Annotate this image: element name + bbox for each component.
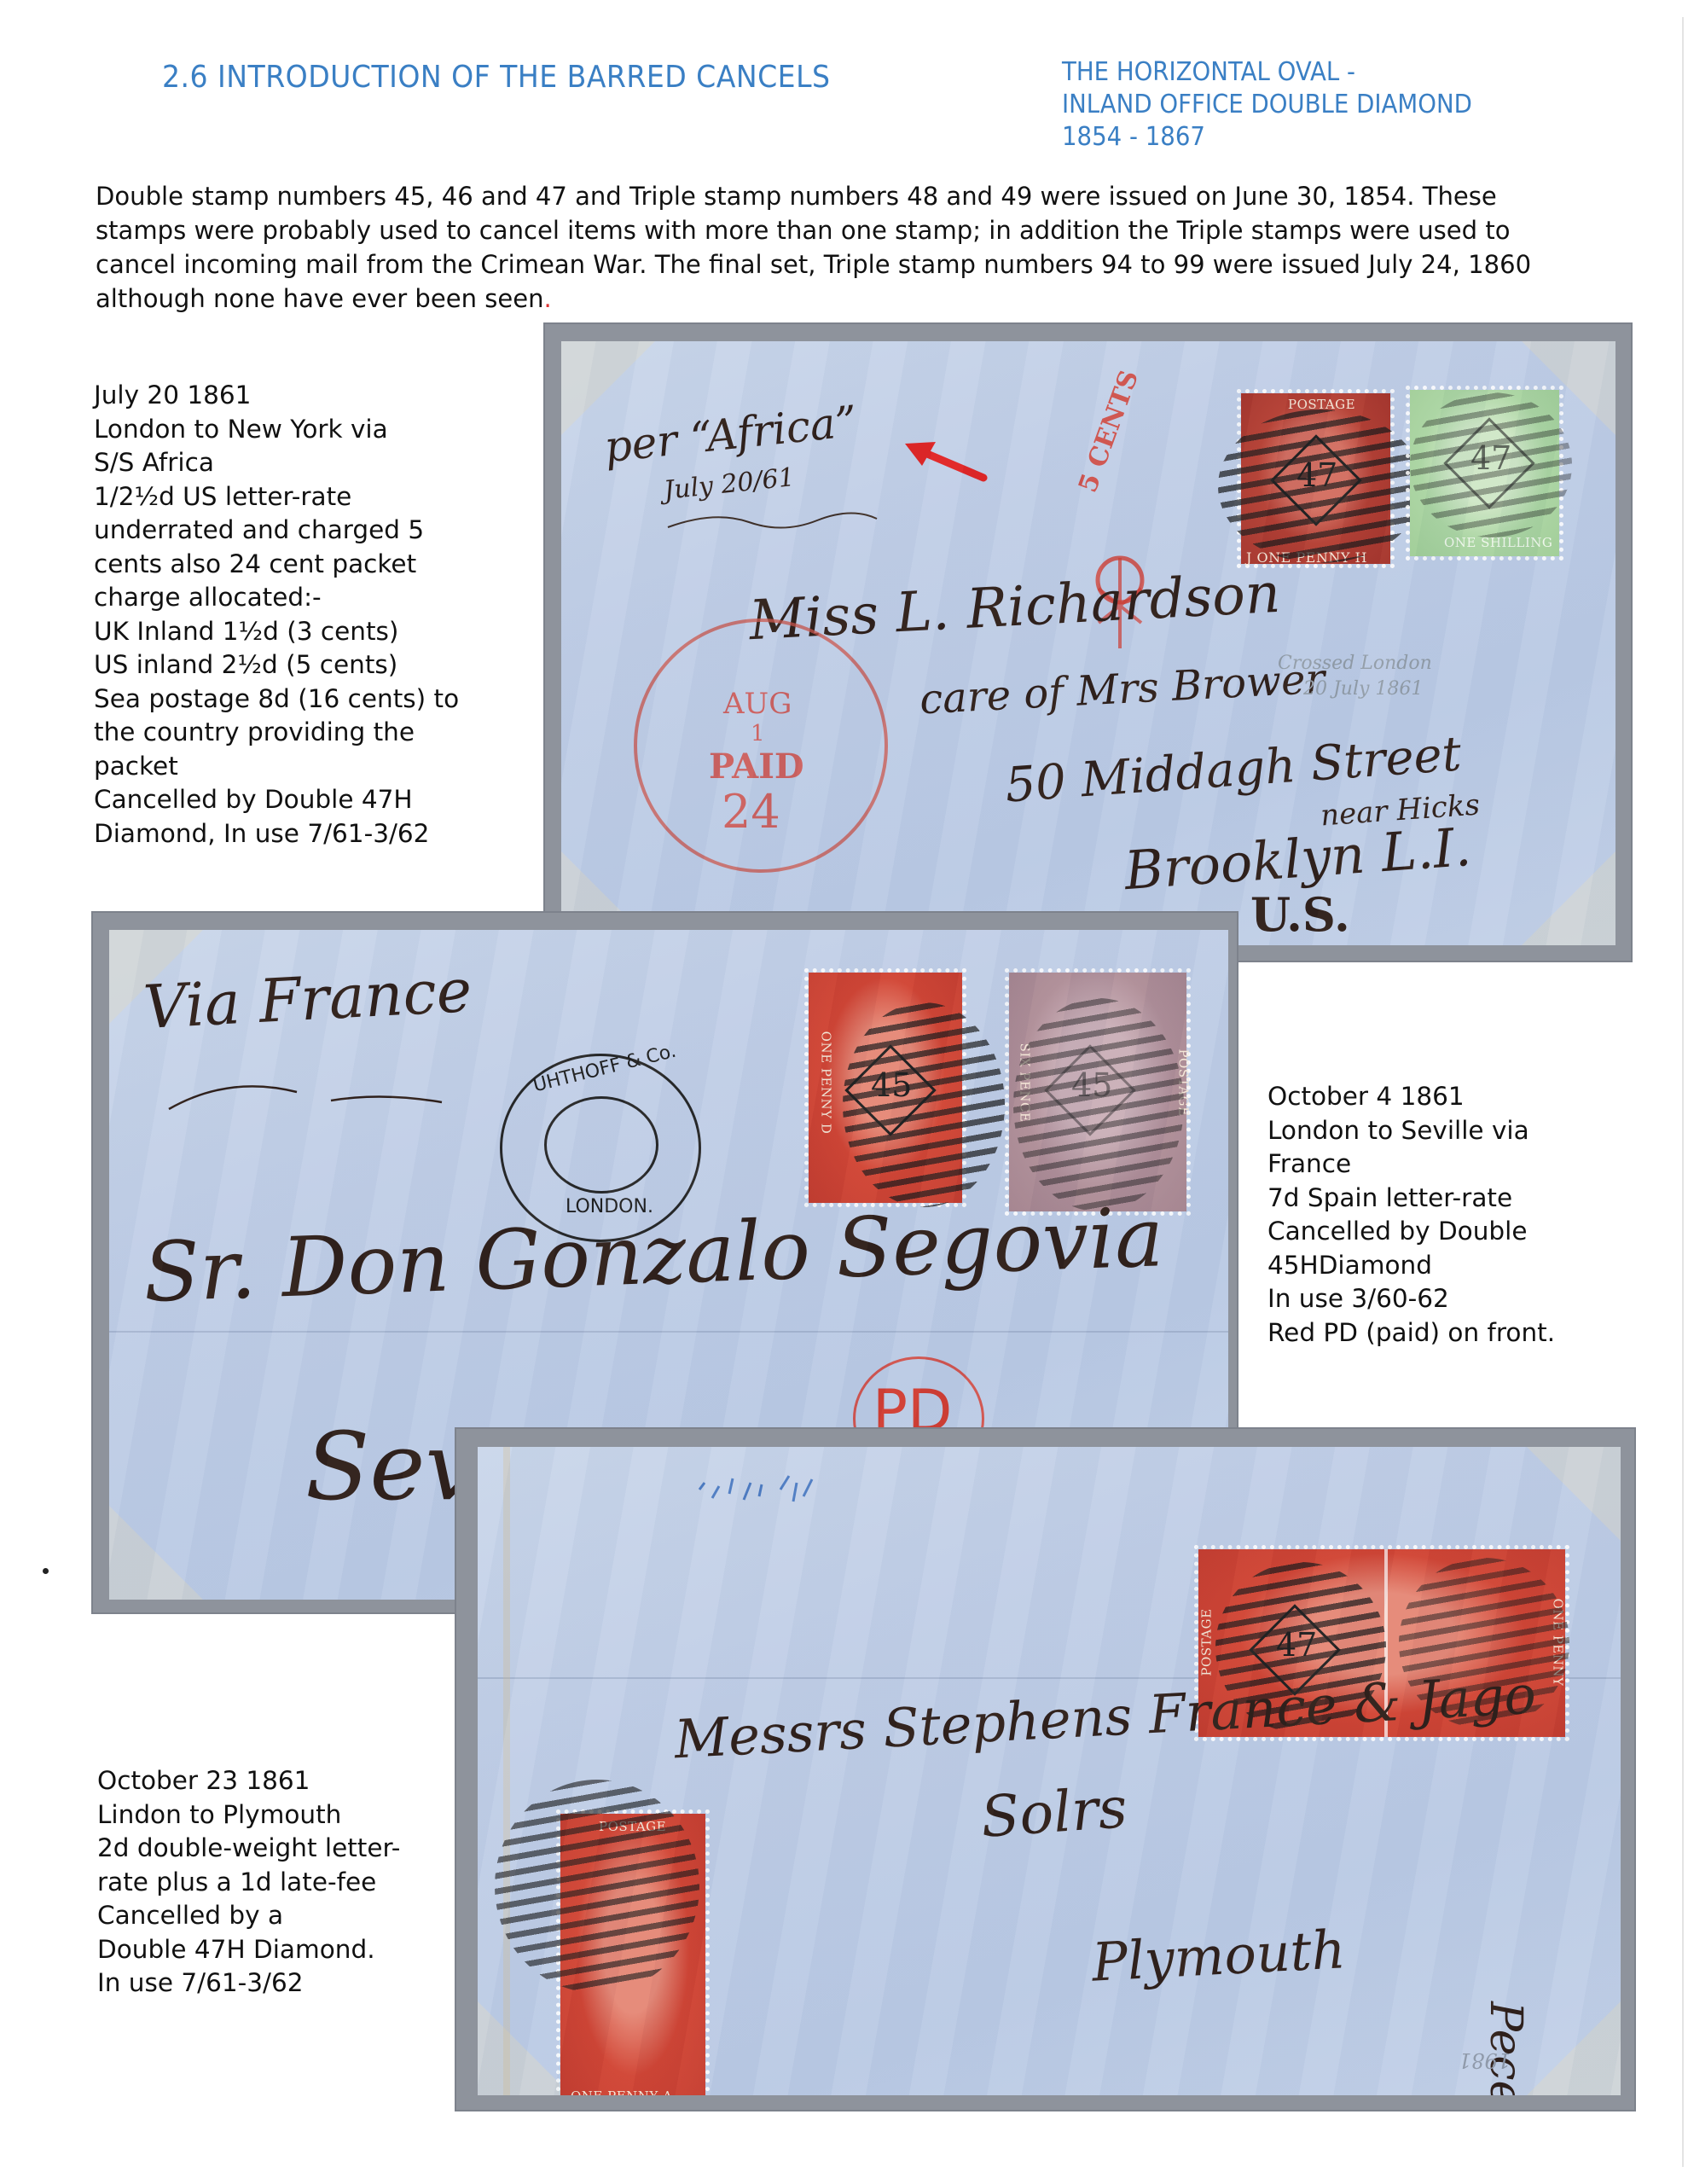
pencil-note: 20 July 1861 xyxy=(1303,678,1423,700)
page-edge xyxy=(1682,17,1684,2167)
cds-amount: 24 xyxy=(722,785,780,839)
caption-line: Sea postage 8d (16 cents) to xyxy=(94,682,459,717)
red-arrow-icon xyxy=(898,437,992,488)
caption-line: UK Inland 1½d (3 cents) xyxy=(94,615,459,649)
cancel-number: 45 xyxy=(1071,1066,1112,1104)
cover-1: per “Africa” July 20/61 5 CENTS POSTAGE … xyxy=(561,341,1615,945)
ship-annotation: per “Africa” xyxy=(602,397,860,473)
caption-line: 7d Spain letter-rate xyxy=(1267,1182,1555,1216)
photo-corner xyxy=(1527,2001,1621,2095)
caption-line: the country providing the xyxy=(94,716,459,750)
caption-line: London to Seville via xyxy=(1267,1114,1555,1148)
caption-line: July 20 1861 xyxy=(94,379,459,413)
red-cents-mark: 5 CENTS xyxy=(1073,367,1145,497)
cds-paid: PAID xyxy=(709,746,804,787)
caption-line: Diamond, In use 7/61-3/62 xyxy=(94,817,459,851)
pencil-note: Crossed London xyxy=(1278,653,1432,674)
photo-corner xyxy=(109,1506,203,1600)
section-title: 2.6 INTRODUCTION OF THE BARRED CANCELS xyxy=(162,60,830,95)
photo-corner xyxy=(1522,851,1615,945)
stamp-bottom-label: ONE PENNY A xyxy=(571,2088,672,2095)
subtitle: THE HORIZONTAL OVAL - INLAND OFFICE DOUB… xyxy=(1062,56,1472,154)
address-line: Sr. Don Gonzalo Segovia xyxy=(142,1189,1165,1321)
cover-3-caption: October 23 1861 Lindon to Plymouth 2d do… xyxy=(97,1764,400,2001)
cancel-number: 47 xyxy=(1276,1626,1317,1664)
cover-3: POSTAGE ONE PENNY 47 POSTAGE ONE PENNY A… xyxy=(478,1447,1621,2095)
caption-line: In use 7/61-3/62 xyxy=(97,1966,400,2001)
subtitle-line: 1854 - 1867 xyxy=(1062,121,1472,154)
caption-line: Red PD (paid) on front. xyxy=(1267,1316,1555,1350)
date-annotation: July 20/61 xyxy=(663,462,797,506)
caption-line: In use 3/60-62 xyxy=(1267,1282,1555,1316)
intro-end-mark: . xyxy=(544,284,552,313)
flourish xyxy=(160,1066,502,1118)
stray-mark xyxy=(43,1568,49,1574)
address-line: Solrs xyxy=(979,1774,1129,1850)
caption-line: October 23 1861 xyxy=(97,1764,400,1798)
caption-line: Double 47H Diamond. xyxy=(97,1933,400,1967)
barred-cancel xyxy=(495,1780,699,1993)
caption-line: France xyxy=(1267,1147,1555,1182)
cover-2-caption: October 4 1861 London to Seville via Fra… xyxy=(1267,1080,1555,1350)
cancel-number: 47 xyxy=(1470,439,1511,477)
caption-line: October 4 1861 xyxy=(1267,1080,1555,1114)
stamp-side-label: POSTAGE xyxy=(1199,1608,1215,1676)
address-line: care of Mrs Brower xyxy=(919,655,1326,724)
caption-line: Cancelled by a xyxy=(97,1899,400,1933)
caption-line: charge allocated:- xyxy=(94,581,459,615)
caption-line: US inland 2½d (5 cents) xyxy=(94,648,459,682)
address-line: Plymouth xyxy=(1090,1918,1347,1993)
caption-line: cents also 24 cent packet xyxy=(94,548,459,582)
caption-line: rate plus a 1d late-fee xyxy=(97,1866,400,1900)
underline-flourish xyxy=(664,503,885,537)
intro-text: Double stamp numbers 45, 46 and 47 and T… xyxy=(96,182,1531,313)
caption-line: 1/2½d US letter-rate xyxy=(94,480,459,514)
intro-paragraph: Double stamp numbers 45, 46 and 47 and T… xyxy=(96,179,1575,316)
cds-month: AUG xyxy=(723,687,792,721)
photo-corner xyxy=(1527,1447,1621,1541)
paper-edge xyxy=(503,1447,510,2095)
stamp-side-label: ONE PENNY D xyxy=(818,1031,833,1135)
caption-line: Lindon to Plymouth xyxy=(97,1798,400,1833)
fold-line xyxy=(109,1331,1228,1333)
cancel-number: 45 xyxy=(871,1066,912,1104)
caption-line: Cancelled by Double 47H xyxy=(94,783,459,817)
pencil-note: 1981 xyxy=(1459,2048,1511,2072)
route-annotation: Via France xyxy=(142,955,473,1043)
caption-line: London to New York via xyxy=(94,413,459,447)
caption-line: underrated and charged 5 xyxy=(94,514,459,548)
subtitle-line: THE HORIZONTAL OVAL - xyxy=(1062,56,1472,89)
blue-manuscript-mark xyxy=(691,1464,819,1524)
cover-1-caption: July 20 1861 London to New York via S/S … xyxy=(94,379,459,851)
address-line: U.S. xyxy=(1250,887,1350,942)
caption-line: 2d double-weight letter- xyxy=(97,1832,400,1866)
cds-day: 1 xyxy=(751,721,765,746)
address-line: Messrs Stephens France & Jago xyxy=(673,1664,1538,1771)
caption-line: Cancelled by Double xyxy=(1267,1215,1555,1249)
uhthoff-oval-inner xyxy=(544,1096,658,1194)
cancel-number: 47 xyxy=(1296,456,1337,494)
stamp-bottom-label: ONE SHILLING xyxy=(1444,535,1552,550)
caption-line: packet xyxy=(94,750,459,784)
caption-line: S/S Africa xyxy=(94,446,459,480)
subtitle-line: INLAND OFFICE DOUBLE DIAMOND xyxy=(1062,89,1472,121)
caption-line: 45HDiamond xyxy=(1267,1249,1555,1283)
